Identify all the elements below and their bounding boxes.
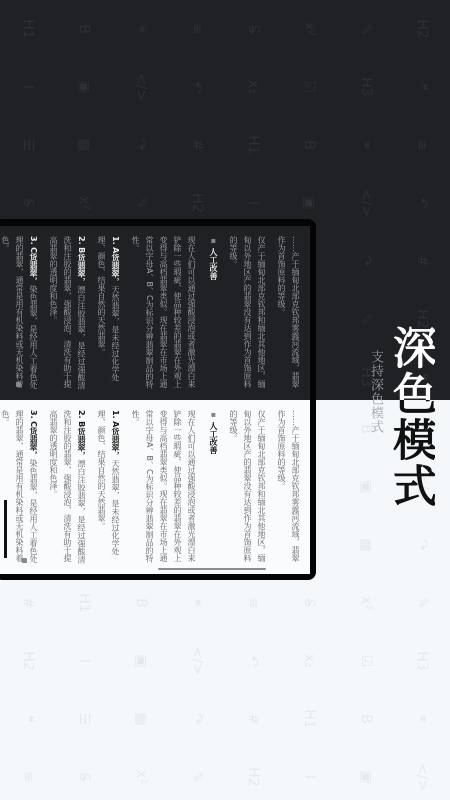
redo-icon: ↷ [112,117,170,173]
code-icon: </> [337,175,395,231]
list-item: 2. B货翡翠，漂白注胶翡翠，是经过强酸清洗和注胶的翡翠，强酸浸泡，清洗有助于提… [46,410,88,568]
quote-icon: ❝ [393,59,450,115]
list-icon: ☰ [0,117,57,173]
checkbox-icon: ☑ [280,59,338,115]
section-heading: ▪ 人工改善 [206,410,220,568]
code-icon: </> [393,749,450,800]
section-heading-text: 人工改善 [209,248,218,280]
redo-icon: ↷ [168,691,226,747]
table-icon: ▦ [112,691,170,747]
image-icon: ▣ [55,59,113,115]
list-item: 1. A货翡翠，天然翡翠，是未经过化学处理、颜色、结果自然的天然翡翠。 [94,236,122,394]
H1-icon: H1 [55,575,113,631]
section-heading-text: 人工改善 [209,422,218,454]
I-icon: I [280,749,338,800]
H3-icon: H3 [393,633,450,689]
bullet-icon: ▪ [209,236,218,248]
promo-subtitle: 支持深色模式 [366,350,385,434]
I-icon: I [55,633,113,689]
code-icon: </> [112,59,170,115]
list-ordered-icon: ≡ [168,1,226,57]
pencil-icon: ✎ [168,749,226,800]
H1-icon: H1 [0,1,57,57]
text-cursor-icon [22,558,27,563]
strike-icon: S̶ [280,575,338,631]
promo-title-wrap: 深色模式 [385,325,435,509]
B-icon: B [112,575,170,631]
redo-icon: ↷ [393,517,450,573]
H2-icon: H2 [393,1,450,57]
redo-icon: ↷ [337,233,395,289]
link-icon: ⚭ [393,691,450,747]
article-intro: 仅产于缅甸北部克钦邦和缅北其他地区，缅甸以外地区产的翡翠没有达到作为首饰原料的等… [226,236,268,394]
sup-icon: x² [112,749,170,800]
article-light: ……产于缅甸北部克钦邦雾露河流域，翡翠作为首饰原料的等级。 仅产于缅甸北部克钦邦… [0,400,310,574]
hashtag-icon: # [224,691,282,747]
home-indicator[interactable] [158,568,266,570]
H3-icon: H3 [337,59,395,115]
table-icon: ▦ [55,117,113,173]
B-icon: B [337,691,395,747]
text-selection-handle[interactable] [4,500,7,558]
article-intro-top: ……产于缅甸北部克钦邦雾露河流域，翡翠作为首饰原料的等级。 [274,410,302,568]
undo-icon: ↶ [224,633,282,689]
pencil-icon: ✎ [337,1,395,57]
undo-icon: ↶ [393,175,450,231]
phone-mockup: ……产于缅甸北部克钦邦雾露河流域，翡翠作为首饰原料的等级。 仅产于缅甸北部克钦邦… [0,219,316,580]
image-icon: ▣ [337,749,395,800]
sub-icon: x₂ [224,59,282,115]
table-icon: ▦ [337,517,395,573]
undo-icon: ↶ [168,59,226,115]
promo-title: 深色模式 [385,325,435,509]
code-icon: </> [168,633,226,689]
hashtag-icon: # [168,117,226,173]
image-icon: ▣ [112,633,170,689]
article-dark: ……产于缅甸北部克钦邦雾露河流域，翡翠作为首饰原料的等级。 仅产于缅甸北部克钦邦… [0,226,310,400]
list-icon: ☰ [55,691,113,747]
phone-screen-dark: ……产于缅甸北部克钦邦雾露河流域，翡翠作为首饰原料的等级。 仅产于缅甸北部克钦邦… [0,226,310,400]
H2-icon: H2 [224,749,282,800]
link-icon: ⚭ [168,575,226,631]
promo-subtitle-wrap: 支持深色模式 [366,350,385,434]
H2-icon: H2 [0,633,57,689]
H1-icon: H1 [280,691,338,747]
I-icon: I [0,59,57,115]
checkbox-icon: ☑ [337,633,395,689]
phone-screen-light: ……产于缅甸北部克钦邦雾露河流域，翡翠作为首饰原料的等级。 仅产于缅甸北部克钦邦… [0,400,310,574]
link-icon: ⚭ [112,1,170,57]
B-icon: B [55,1,113,57]
list-ordered-icon: ≡ [0,749,57,800]
section-body: 现在人们可以通过强酸浸泡或者激光漂白来铲除一些瑕疵、使品种较差的翡翠在外观上变得… [128,236,198,394]
sub-icon: x₂ [280,633,338,689]
sup-icon: x² [280,1,338,57]
text-cursor-icon [16,382,21,387]
strike-icon: S̶ [224,1,282,57]
hashtag-icon: # [0,575,57,631]
article-intro-top: ……产于缅甸北部克钦邦雾露河流域，翡翠作为首饰原料的等级。 [274,236,302,394]
list-item: 3. C货翡翠，染色翡翠，是经用人工着色处理的翡翠，通常是用有机染料或无机染料着… [0,236,40,394]
link-icon: ⚭ [337,117,395,173]
article-intro: 仅产于缅甸北部克钦邦和缅北其他地区，缅甸以外地区产的翡翠没有达到作为首饰原料的等… [226,410,268,568]
bullet-icon: ▪ [209,410,218,422]
H1-icon: H1 [224,117,282,173]
quote-icon: ❝ [0,691,57,747]
list-ordered-icon: ≡ [224,575,282,631]
list-item: 1. A货翡翠，天然翡翠，是未经过化学处理、颜色、结果自然的天然翡翠。 [94,410,122,568]
pencil-icon: ✎ [393,575,450,631]
hashtag-icon: # [393,233,450,289]
strike-icon: S̶ [55,749,113,800]
sup-icon: x² [337,575,395,631]
B-icon: B [280,117,338,173]
section-body: 现在人们可以通过强酸浸泡或者激光漂白来铲除一些瑕疵、使品种较差的翡翠在外观上变得… [128,410,198,568]
list-ordered-icon: ≡ [393,117,450,173]
list-item: 2. B货翡翠，漂白注胶翡翠，是经过强酸清洗和注胶的翡翠，强酸浸泡，清洗有助于提… [46,236,88,394]
section-heading: ▪ 人工改善 [206,236,220,394]
